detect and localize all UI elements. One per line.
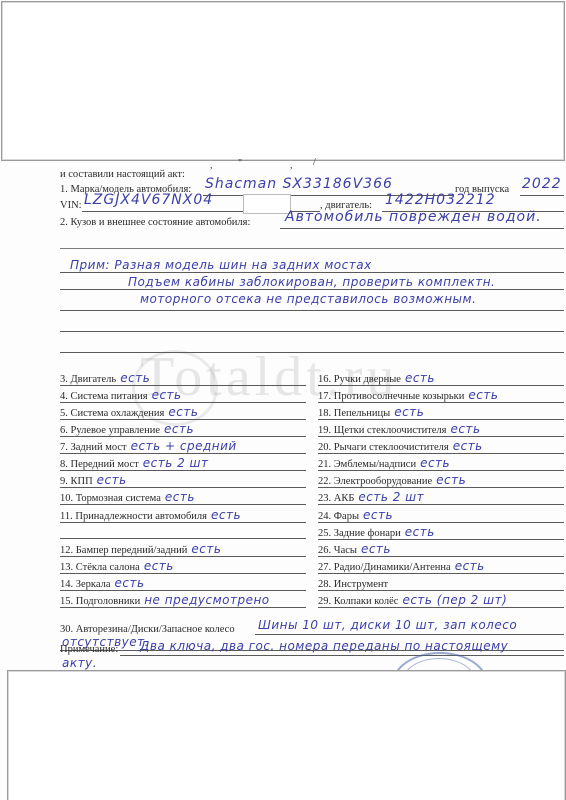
checklist-item: 8. Передний мостесть 2 шт xyxy=(60,457,209,471)
checklist-item: 27. Радио/Динамики/Антеннаесть xyxy=(318,560,485,574)
checklist-item: 15. Подголовникине предусмотрено xyxy=(60,594,270,608)
note-label: Примечание: xyxy=(60,643,118,656)
checklist-item-value: есть xyxy=(211,508,241,522)
checklist-item-label: 26. Часы xyxy=(318,545,357,556)
checklist-item: 25. Задние фонариесть xyxy=(318,526,435,540)
checklist-item: 6. Рулевое управлениеесть xyxy=(60,423,194,437)
field-1-value: Shacman SX33186V366 xyxy=(205,178,393,191)
checklist-item: 11. Принадлежности автомобиляесть xyxy=(60,509,241,523)
engine-value: 1422H032212 xyxy=(385,194,496,207)
checklist-item: 23. АКБесть 2 шт xyxy=(318,491,424,505)
redacted-vin-part xyxy=(243,194,291,214)
checklist-item-label: 25. Задние фонари xyxy=(318,528,401,539)
checklist-item-value: есть xyxy=(120,371,150,385)
checklist-item-label: 5. Система охлаждения xyxy=(60,408,164,419)
checklist-item-label: 15. Подголовники xyxy=(60,596,140,607)
checklist-item: 9. КППесть xyxy=(60,474,127,488)
checklist-item-value: есть xyxy=(420,456,450,470)
checklist-item-value: есть xyxy=(152,388,182,402)
checklist-item-value: есть xyxy=(144,559,174,573)
checklist-item: 29. Колпаки колёсесть (пер 2 шт) xyxy=(318,594,507,608)
checklist-item: 26. Часыесть xyxy=(318,543,391,557)
intro-text: и составили настоящий акт: xyxy=(60,168,185,181)
checklist-item-label: 29. Колпаки колёс xyxy=(318,596,398,607)
checklist-item-label: 13. Стёкла салона xyxy=(60,562,140,573)
redacted-region-top xyxy=(1,1,565,161)
checklist-item-value: есть xyxy=(436,473,466,487)
checklist-item-value: есть xyxy=(115,576,145,590)
checklist-item-label: 10. Тормозная система xyxy=(60,493,161,504)
checklist-item-label: 24. Фары xyxy=(318,511,359,522)
checklist-item-label: 11. Принадлежности автомобиля xyxy=(60,511,207,522)
checklist-item: 20. Рычаги стеклоочистителяесть xyxy=(318,440,483,454)
checklist-item-label: 27. Радио/Динамики/Антенна xyxy=(318,562,451,573)
checklist-item-label: 22. Электрооборудование xyxy=(318,476,432,487)
handwriting-fragment: , xyxy=(210,160,213,171)
checklist-item-label: 3. Двигатель xyxy=(60,374,116,385)
checklist-item-value: есть xyxy=(455,559,485,573)
field-2-label: 2. Кузов и внешнее состояние автомобиля: xyxy=(60,216,250,229)
redacted-region-bottom xyxy=(7,670,566,800)
vin-label: VIN: xyxy=(60,199,82,212)
handwriting-fragment: / xyxy=(313,157,316,168)
checklist-item-label: 12. Бампер передний/задний xyxy=(60,545,187,556)
checklist-item: 24. Фарыесть xyxy=(318,509,393,523)
checklist-item: 4. Система питанияесть xyxy=(60,389,182,403)
checklist-item: 19. Щетки стеклоочистителяесть xyxy=(318,423,481,437)
checklist-item-label: 14. Зеркала xyxy=(60,579,111,590)
checklist-item-label: 9. КПП xyxy=(60,476,93,487)
checklist-item-label: 7. Задний мост xyxy=(60,442,127,453)
checklist-item: 12. Бампер передний/заднийесть xyxy=(60,543,221,557)
checklist-item: 10. Тормозная системаесть xyxy=(60,491,195,505)
checklist-item-label: 23. АКБ xyxy=(318,493,354,504)
checklist-item-label: 20. Рычаги стеклоочистителя xyxy=(318,442,449,453)
checklist-item: 16. Ручки дверныеесть xyxy=(318,372,435,386)
checklist-item-value: есть 2 шт xyxy=(358,490,424,504)
checklist-item-value: есть 2 шт xyxy=(143,456,209,470)
checklist-item-label: 17. Противосолнечные козырьки xyxy=(318,391,464,402)
checklist-item-label: 16. Ручки дверные xyxy=(318,374,401,385)
checklist-item-value: есть xyxy=(394,405,424,419)
checklist-item-value: есть xyxy=(405,371,435,385)
checklist-item-label: 4. Система питания xyxy=(60,391,148,402)
note-value-line-2: акту. xyxy=(62,657,97,670)
checklist-item-value: есть xyxy=(164,422,194,436)
checklist-item: 28. Инструмент xyxy=(318,577,392,591)
checklist-item-value: есть xyxy=(453,439,483,453)
checklist-item-value: есть xyxy=(168,405,198,419)
checklist-item: 22. Электрооборудованиеесть xyxy=(318,474,466,488)
checklist-item-value: есть + средний xyxy=(131,439,237,453)
checklist-item: 18. Пепельницыесть xyxy=(318,406,424,420)
checklist-item: 7. Задний мостесть + средний xyxy=(60,440,237,454)
checklist-item: 5. Система охлажденияесть xyxy=(60,406,198,420)
checklist-item-value: есть xyxy=(361,542,391,556)
note-value-line-1: Два ключа, два гос. номера переданы по н… xyxy=(140,640,508,653)
field-30-value-line-1: Шины 10 шт, диски 10 шт, зап колесо xyxy=(258,619,517,632)
checklist-item-label: 18. Пепельницы xyxy=(318,408,390,419)
checklist-item: 3. Двигательесть xyxy=(60,372,150,386)
checklist-item-value: есть xyxy=(405,525,435,539)
checklist-item-value: не предусмотрено xyxy=(144,593,269,607)
checklist-item-label: 28. Инструмент xyxy=(318,579,388,590)
year-value: 2022 xyxy=(522,178,562,191)
handwriting-fragment: , xyxy=(290,160,293,171)
checklist-item-label: 19. Щетки стеклоочистителя xyxy=(318,425,447,436)
checklist-item-label: 6. Рулевое управление xyxy=(60,425,160,436)
checklist-item-label: 8. Передний мост xyxy=(60,459,139,470)
checklist-item-value: есть xyxy=(363,508,393,522)
checklist-item-value: есть xyxy=(451,422,481,436)
handwriting-fragment: " xyxy=(238,158,242,169)
remark-line-1: Прим: Разная модель шин на задних мостах xyxy=(70,259,372,272)
checklist-item: 13. Стёкла салонаесть xyxy=(60,560,174,574)
vin-value: LZGJX4V67NX04 xyxy=(84,194,213,207)
checklist-item-value: есть xyxy=(97,473,127,487)
checklist-item-value: есть (пер 2 шт) xyxy=(402,593,507,607)
checklist-item-label: 21. Эмблемы/надписи xyxy=(318,459,416,470)
remark-line-3: моторного отсека не представилось возмож… xyxy=(140,293,476,306)
checklist-item: 17. Противосолнечные козырькиесть xyxy=(318,389,498,403)
field-2-value: Автомобиль поврежден водой. xyxy=(285,211,542,224)
checklist-item-value: есть xyxy=(191,542,221,556)
checklist-item-value: есть xyxy=(165,490,195,504)
remark-line-2: Подъем кабины заблокирован, проверить ко… xyxy=(128,276,495,289)
checklist-item-value: есть xyxy=(468,388,498,402)
checklist-item: 21. Эмблемы/надписиесть xyxy=(318,457,450,471)
checklist-item: 14. Зеркалаесть xyxy=(60,577,145,591)
